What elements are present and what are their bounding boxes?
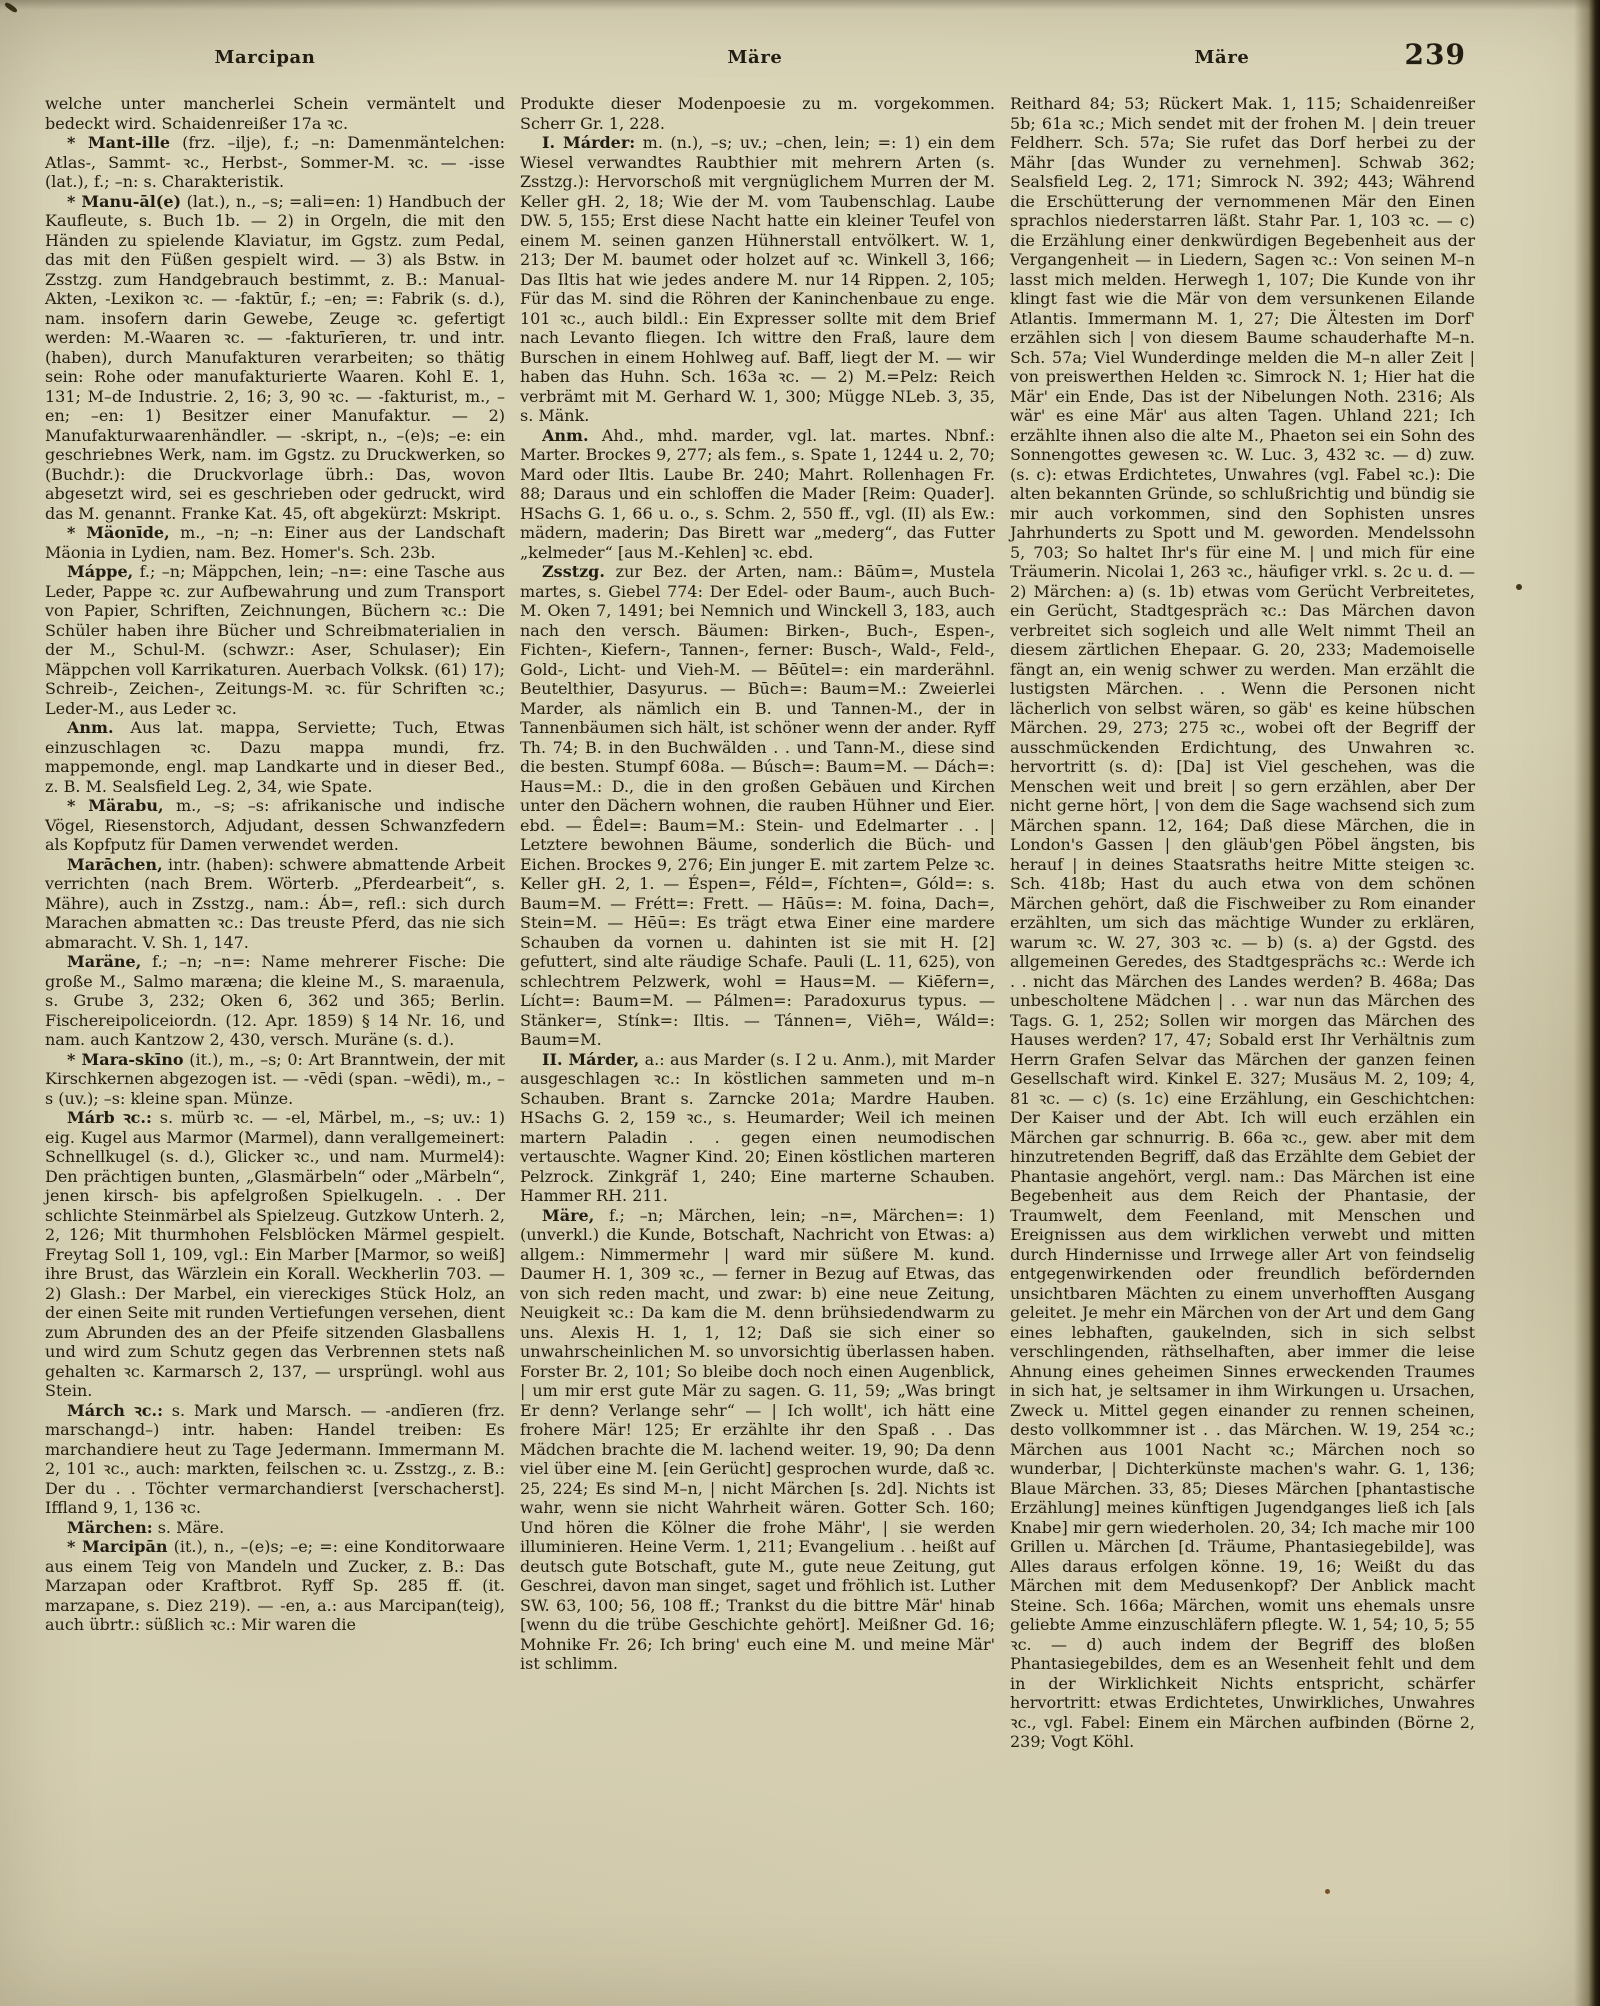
- entry-headword: Märe,: [542, 1206, 594, 1225]
- dictionary-paragraph: Produkte dieser Modenpoesie zu m. vorgek…: [520, 94, 995, 133]
- entry-headword: Anm.: [542, 426, 589, 445]
- ink-speck: [1516, 584, 1522, 590]
- dictionary-paragraph: Reithard 84; 53; Rückert Mak. 1, 115; Sc…: [1010, 94, 1475, 1752]
- dictionary-paragraph: welche unter mancherlei Schein vermäntel…: [45, 94, 505, 133]
- scan-top-shadow: [0, 0, 1600, 10]
- column-left: welche unter mancherlei Schein vermäntel…: [45, 94, 505, 1635]
- running-head-left: Marcipan: [214, 47, 315, 68]
- dictionary-paragraph: Anm. Aus lat. mappa, Serviette; Tuch, Et…: [45, 718, 505, 796]
- dictionary-paragraph: I. Márder: m. (n.), –s; uv.; –chen, lein…: [520, 133, 995, 426]
- scanned-dictionary-page: Marcipan Märe Märe 239 welche unter manc…: [0, 0, 1600, 2006]
- entry-headword: Zsstzg.: [542, 562, 605, 581]
- dictionary-paragraph: * Mäonīde, m., –n; –n: Einer aus der Lan…: [45, 523, 505, 562]
- entry-headword: II. Márder,: [542, 1050, 639, 1069]
- paper-stain: [1050, 180, 1270, 300]
- entry-headword: Máppe,: [67, 562, 133, 581]
- entry-text: a.: aus Marder (s. I 2 u. Anm.), mit Mar…: [520, 1050, 995, 1206]
- entry-headword: I. Márder:: [542, 133, 635, 152]
- entry-headword: * Mant-ille: [67, 133, 170, 152]
- ink-speck: [1325, 1889, 1330, 1894]
- entry-headword: Anm.: [67, 718, 114, 737]
- entry-headword: Maräne,: [67, 952, 141, 971]
- entry-headword: Marāchen,: [67, 855, 163, 874]
- dictionary-paragraph: Márb ꝛc.: s. mürb ꝛc. — -el, Märbel, m.,…: [45, 1108, 505, 1401]
- dictionary-paragraph: * Märabu, m., –s; –s: afrikanische und i…: [45, 796, 505, 855]
- entry-text: Produkte dieser Modenpoesie zu m. vorgek…: [520, 94, 995, 133]
- entry-text: f.; –n; Mäppchen, lein; –n=: eine Tasche…: [45, 562, 505, 718]
- dictionary-paragraph: * Manu-āl(e) (lat.), n., –s; =ali=en: 1)…: [45, 192, 505, 524]
- entry-text: Ahd., mhd. marder, vgl. lat. martes. Nbn…: [520, 426, 995, 562]
- entry-text: Reithard 84; 53; Rückert Mak. 1, 115; Sc…: [1010, 94, 1475, 1751]
- entry-headword: * Mara-skīno: [67, 1050, 184, 1069]
- running-head-right: Märe: [1195, 47, 1250, 68]
- page-number: 239: [1405, 38, 1466, 71]
- column-right: Reithard 84; 53; Rückert Mak. 1, 115; Sc…: [1010, 94, 1475, 1752]
- entry-headword: Märchen:: [67, 1518, 153, 1537]
- entry-text: welche unter mancherlei Schein vermäntel…: [45, 94, 505, 133]
- entry-headword: * Märabu,: [67, 796, 164, 815]
- entry-headword: Márb ꝛc.:: [67, 1108, 152, 1127]
- scan-edge-shadow: [1574, 0, 1600, 2006]
- dictionary-paragraph: II. Márder, a.: aus Marder (s. I 2 u. An…: [520, 1050, 995, 1206]
- dictionary-paragraph: * Mant-ille (frz. –ilje), f.; –n: Damenm…: [45, 133, 505, 192]
- entry-text: s. mürb ꝛc. — -el, Märbel, m., –s; uv.: …: [45, 1108, 505, 1400]
- dictionary-paragraph: * Mara-skīno (it.), m., –s; 0: Art Brann…: [45, 1050, 505, 1109]
- entry-headword: * Manu-āl(e): [67, 192, 181, 211]
- entry-headword: Márch ꝛc.:: [67, 1401, 163, 1420]
- entry-text: m. (n.), –s; uv.; –chen, lein; =: 1) ein…: [520, 133, 995, 425]
- dictionary-paragraph: Maräne, f.; –n; –n=: Name mehrerer Fisch…: [45, 952, 505, 1050]
- entry-text: f.; –n; Märchen, lein; –n=, Märchen=: 1)…: [520, 1206, 995, 1674]
- column-middle: Produkte dieser Modenpoesie zu m. vorgek…: [520, 94, 995, 1674]
- entry-text: (lat.), n., –s; =ali=en: 1) Handbuch der…: [45, 192, 505, 523]
- paper-stain: [120, 1500, 420, 1700]
- dictionary-paragraph: Märe, f.; –n; Märchen, lein; –n=, Märche…: [520, 1206, 995, 1674]
- entry-text: zur Bez. der Arten, nam.: Bāūm=, Mustela…: [520, 562, 995, 1049]
- dictionary-paragraph: Zsstzg. zur Bez. der Arten, nam.: Bāūm=,…: [520, 562, 995, 1050]
- dictionary-paragraph: Marāchen, intr. (haben): schwere abmatte…: [45, 855, 505, 953]
- running-head-center: Märe: [728, 47, 783, 68]
- entry-headword: * Mäonīde,: [67, 523, 170, 542]
- dictionary-paragraph: Anm. Ahd., mhd. marder, vgl. lat. martes…: [520, 426, 995, 563]
- dictionary-paragraph: Máppe, f.; –n; Mäppchen, lein; –n=: eine…: [45, 562, 505, 718]
- entry-text: Aus lat. mappa, Serviette; Tuch, Etwas e…: [45, 718, 505, 796]
